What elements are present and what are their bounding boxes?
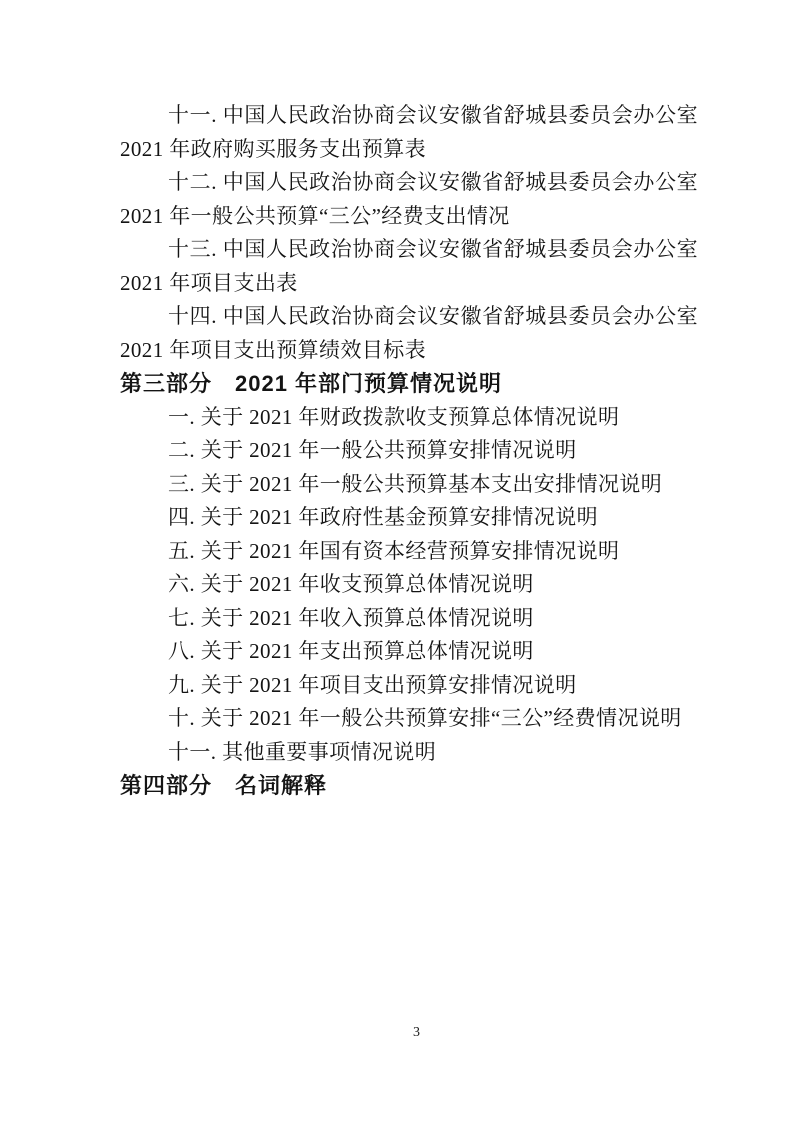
toc-item: 八. 关于 2021 年支出预算总体情况说明 [120, 635, 698, 669]
section-heading: 第三部分 2021 年部门预算情况说明 [120, 367, 698, 401]
toc-entry-continuation-line: 2021 年项目支出预算绩效目标表 [120, 334, 698, 368]
toc-item: 十. 关于 2021 年一般公共预算安排“三公”经费情况说明 [120, 702, 698, 736]
toc-item: 七. 关于 2021 年收入预算总体情况说明 [120, 602, 698, 636]
toc-entry-line: 十一. 中国人民政治协商会议安徽省舒城县委员会办公室 [120, 99, 698, 133]
toc-item: 四. 关于 2021 年政府性基金预算安排情况说明 [120, 501, 698, 535]
toc-entry-line: 十三. 中国人民政治协商会议安徽省舒城县委员会办公室 [120, 233, 698, 267]
toc-item: 三. 关于 2021 年一般公共预算基本支出安排情况说明 [120, 468, 698, 502]
toc-entry-continuation-line: 2021 年政府购买服务支出预算表 [120, 133, 698, 167]
toc-item: 十一. 其他重要事项情况说明 [120, 736, 698, 770]
toc-entry-line: 十四. 中国人民政治协商会议安徽省舒城县委员会办公室 [120, 300, 698, 334]
toc-content: 十一. 中国人民政治协商会议安徽省舒城县委员会办公室2021 年政府购买服务支出… [120, 99, 698, 803]
document-page: 十一. 中国人民政治协商会议安徽省舒城县委员会办公室2021 年政府购买服务支出… [0, 0, 793, 1122]
toc-entry-line: 十二. 中国人民政治协商会议安徽省舒城县委员会办公室 [120, 166, 698, 200]
toc-entry-continuation-line: 2021 年一般公共预算“三公”经费支出情况 [120, 200, 698, 234]
toc-item: 六. 关于 2021 年收支预算总体情况说明 [120, 568, 698, 602]
toc-item: 二. 关于 2021 年一般公共预算安排情况说明 [120, 434, 698, 468]
toc-item: 五. 关于 2021 年国有资本经营预算安排情况说明 [120, 535, 698, 569]
toc-item: 九. 关于 2021 年项目支出预算安排情况说明 [120, 669, 698, 703]
toc-item: 一. 关于 2021 年财政拨款收支预算总体情况说明 [120, 401, 698, 435]
section-heading: 第四部分 名词解释 [120, 769, 698, 803]
page-number: 3 [0, 1024, 793, 1042]
toc-entry-continuation-line: 2021 年项目支出表 [120, 267, 698, 301]
